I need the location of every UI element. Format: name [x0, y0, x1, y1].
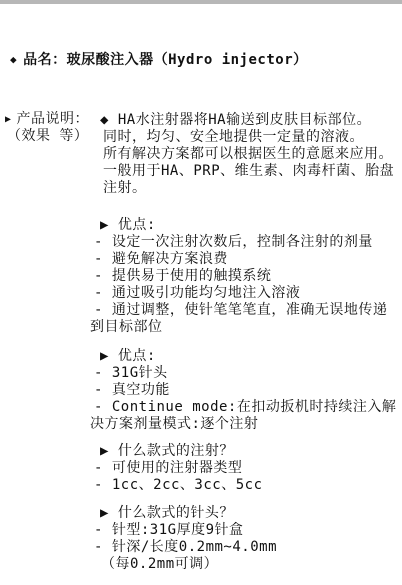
text-line: - 通过调整，使针笔笔笔直，准确无误地传递 — [94, 302, 402, 319]
diamond-bullet-icon: ◆ — [10, 53, 17, 66]
text-line: （每0.2mm可调） — [101, 556, 402, 573]
text-line: ◆ HA水注射器将HA输送到皮肤目标部位。 — [100, 112, 402, 129]
section-overview: ◆ HA水注射器将HA输送到皮肤目标部位。同时，均匀、安全地提供一定量的溶液。所… — [90, 112, 402, 197]
text-line: 所有解决方案都可以根据医生的意愿来应用。 — [103, 146, 402, 163]
section-advantages-2: ▶ 优点:- 31G针头- 真空功能- Continue mode:在扣动扳机时… — [90, 348, 402, 433]
document-page: ◆品名：玻尿酸注入器（Hydro injector） ▶产品说明： （效果 等）… — [0, 0, 402, 585]
text-line: - 针深/长度0.2mm~4.0mm — [94, 539, 402, 556]
text-line: - 针型:31G厚度9针盒 — [94, 522, 402, 539]
text-line: 注射。 — [103, 180, 402, 197]
text-line: 同时，均匀、安全地提供一定量的溶液。 — [103, 129, 402, 146]
section-header: ▶ 什么款式的针头？ — [100, 505, 402, 522]
product-description-label: ▶产品说明： （效果 等） — [5, 111, 89, 145]
product-title: ◆品名：玻尿酸注入器（Hydro injector） — [10, 49, 308, 69]
description-label-line-2: （效果 等） — [7, 128, 89, 145]
text-line: - 提供易于使用的触摸系统 — [94, 268, 402, 285]
product-title-text: 品名：玻尿酸注入器（Hydro injector） — [23, 52, 308, 68]
section-needle-styles: ▶ 什么款式的针头？- 针型:31G厚度9针盒- 针深/长度0.2mm~4.0m… — [90, 505, 402, 573]
description-label-line-1: ▶产品说明： — [5, 111, 89, 128]
section-injection-styles: ▶ 什么款式的注射？- 可使用的注射器类型- 1cc、2cc、3cc、5cc — [90, 443, 402, 494]
text-line: - 设定一次注射次数后，控制各注射的剂量 — [94, 234, 402, 251]
text-line: 决方案剂量模式:逐个注射 — [90, 416, 402, 433]
text-line: - Continue mode:在扣动扳机时持续注入解 — [94, 399, 402, 416]
content-column: ◆ HA水注射器将HA输送到皮肤目标部位。同时，均匀、安全地提供一定量的溶液。所… — [90, 112, 402, 573]
text-line: - 31G针头 — [94, 365, 402, 382]
triangle-bullet-icon: ▶ — [5, 114, 12, 125]
top-edge-bar — [0, 0, 402, 4]
text-line: 一般用于HA、PRP、维生素、肉毒杆菌、胎盘 — [103, 163, 402, 180]
text-line: - 通过吸引功能均匀地注入溶液 — [94, 285, 402, 302]
text-line: - 可使用的注射器类型 — [94, 460, 402, 477]
section-header: ▶ 优点: — [100, 348, 402, 365]
section-header: ▶ 什么款式的注射？ — [100, 443, 402, 460]
text-line: - 避免解决方案浪费 — [94, 251, 402, 268]
description-label-text: 产品说明： — [17, 111, 90, 127]
text-line: - 1cc、2cc、3cc、5cc — [94, 477, 402, 494]
section-advantages-1: ▶ 优点:- 设定一次注射次数后，控制各注射的剂量- 避免解决方案浪费- 提供易… — [90, 217, 402, 336]
text-line: 到目标部位 — [90, 319, 402, 336]
text-line: - 真空功能 — [94, 382, 402, 399]
section-header: ▶ 优点: — [100, 217, 402, 234]
